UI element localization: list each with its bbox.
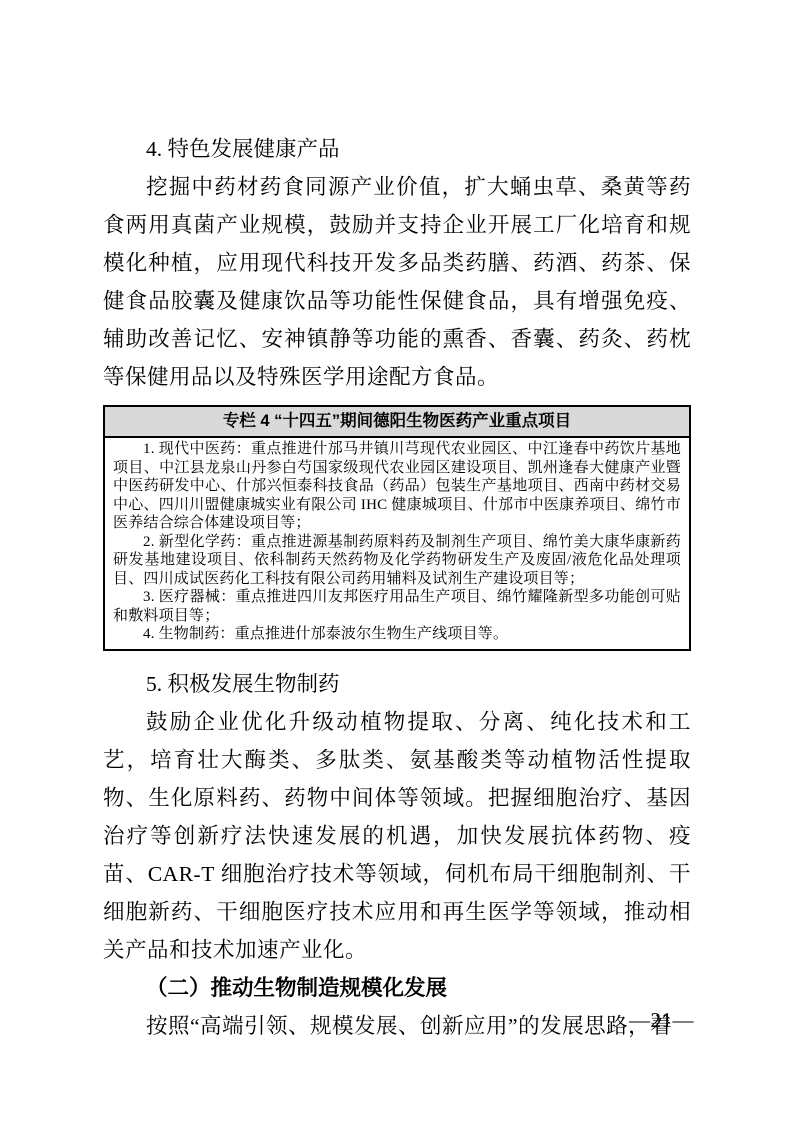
panel-item-biopharma: 4. 生物制药：重点推进什邡泰波尔生物生产线项目等。 (113, 625, 681, 644)
section-heading-5: 5. 积极发展生物制药 (103, 665, 691, 703)
paragraph-health-products: 挖掘中药材药食同源产业价值，扩大蛹虫草、桑黄等药食两用真菌产业规模，鼓励并支持企… (103, 168, 691, 396)
panel-item-tcm: 1. 现代中医药：重点推进什邡马井镇川芎现代农业园区、中江逢春中药饮片基地项目、… (113, 440, 681, 533)
section-heading-4: 4. 特色发展健康产品 (103, 130, 691, 168)
page-number: —21— (629, 1008, 694, 1033)
paragraph-biopharma-development: 鼓励企业优化升级动植物提取、分离、纯化技术和工艺，培育壮大酶类、多肽类、氨基酸类… (103, 703, 691, 969)
subsection-heading-2: （二）推动生物制造规模化发展 (103, 969, 691, 1007)
panel-title: 专栏 4 “十四五”期间德阳生物医药产业重点项目 (105, 407, 689, 438)
panel-item-chemical-drugs: 2. 新型化学药：重点推进源基制药原料药及制剂生产项目、绵竹美大康华康新药研发基… (113, 533, 681, 589)
paragraph-development-approach: 按照“高端引领、规模发展、创新应用”的发展思路，着 (103, 1007, 691, 1045)
panel-item-medical-devices: 3. 医疗器械：重点推进四川友邦医疗用品生产项目、绵竹耀隆新型多功能创可贴和敷料… (113, 588, 681, 625)
document-page: 4. 特色发展健康产品 挖掘中药材药食同源产业价值，扩大蛹虫草、桑黄等药食两用真… (0, 0, 793, 1122)
panel-body: 1. 现代中医药：重点推进什邡马井镇川芎现代农业园区、中江逢春中药饮片基地项目、… (105, 438, 689, 649)
document-content: 4. 特色发展健康产品 挖掘中药材药食同源产业价值，扩大蛹虫草、桑黄等药食两用真… (103, 130, 691, 1045)
project-panel: 专栏 4 “十四五”期间德阳生物医药产业重点项目 1. 现代中医药：重点推进什邡… (103, 405, 691, 651)
